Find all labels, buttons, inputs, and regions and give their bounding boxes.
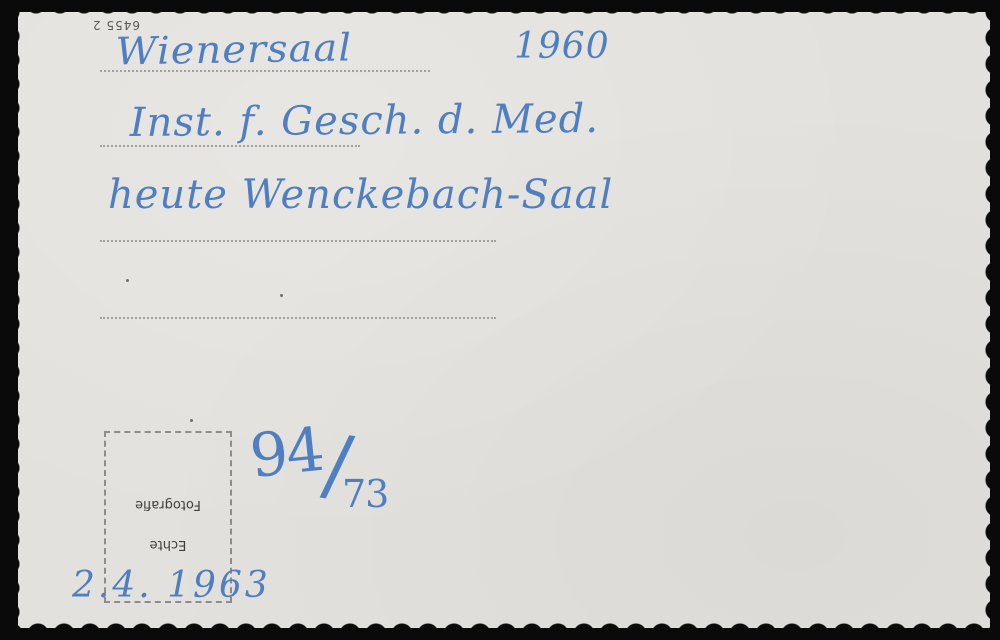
dotted-line-2 — [100, 145, 360, 147]
speck — [280, 294, 283, 297]
dotted-line-1 — [100, 70, 430, 72]
handwritten-title: Wienersaal — [115, 26, 352, 74]
scan-background: 6455 2 Wienersaal 1960 Inst. f. Gesch. d… — [0, 0, 1000, 640]
handwritten-year: 1960 — [514, 26, 610, 67]
speck — [126, 279, 129, 282]
catalog-number-denominator: 73 — [342, 472, 388, 516]
printed-echte: Echte — [106, 537, 230, 552]
printed-fotografie: Fotografie — [106, 497, 230, 512]
deckled-edge-left — [10, 0, 22, 640]
dotted-line-3 — [100, 240, 496, 242]
dotted-line-4 — [100, 317, 496, 319]
catalog-number-numerator: 94 — [247, 415, 326, 492]
deckled-edge-right — [982, 0, 996, 640]
speck — [190, 419, 193, 422]
deckled-edge-top — [0, 4, 1000, 16]
photo-card-back: 6455 2 Wienersaal 1960 Inst. f. Gesch. d… — [18, 12, 990, 628]
handwritten-date: 2.4. 1963 — [72, 565, 271, 606]
deckled-edge-bottom — [0, 620, 1000, 634]
handwritten-institute: Inst. f. Gesch. d. Med. — [130, 96, 600, 146]
handwritten-current-name: heute Wenckebach-Saal — [108, 172, 613, 218]
